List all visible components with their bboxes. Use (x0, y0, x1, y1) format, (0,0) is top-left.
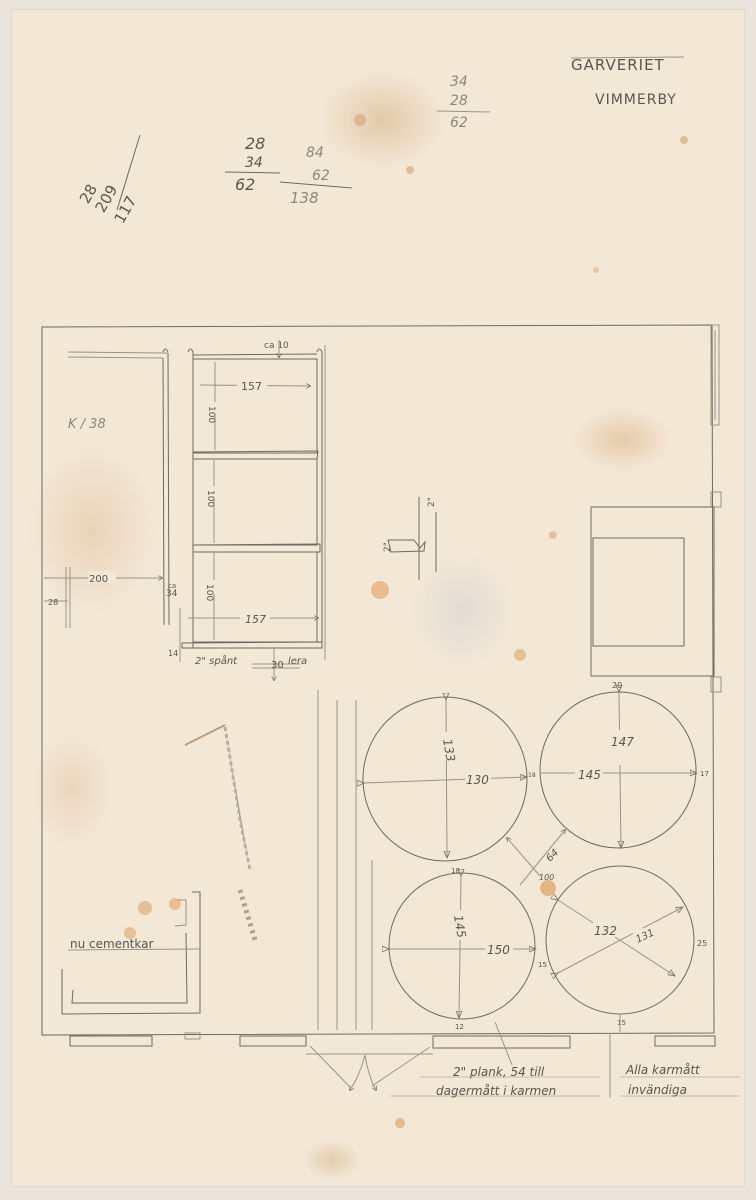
window-frame (655, 1036, 715, 1046)
vat-spacing: 64 100 (507, 830, 565, 885)
corridor-lines (318, 690, 372, 1030)
svg-text:132: 132 (594, 924, 617, 938)
frame-note-line2: invändiga (628, 1083, 687, 1097)
svg-text:28: 28 (450, 93, 468, 109)
frame-note-line1: Alla karmått (625, 1063, 701, 1077)
svg-text:34: 34 (245, 155, 263, 171)
floor-plan-drawing: GARVERIET VIMMERBY 28 209 117 28 34 62 8… (0, 0, 756, 1200)
vat-top-right: 147 145 20 17 (540, 681, 709, 848)
svg-text:34: 34 (450, 74, 468, 90)
svg-text:18: 18 (528, 772, 536, 779)
vat-bottom-right: 132 131 25 15 (546, 866, 707, 1032)
svg-text:130: 130 (466, 773, 489, 787)
faint-calculation: 34 28 62 (437, 74, 490, 131)
base-note: 2" spånt (195, 654, 238, 667)
dim-gap: 34 (166, 589, 178, 599)
title-block: GARVERIET VIMMERBY (571, 56, 684, 108)
dim-shelf-width-top: 157 (241, 380, 262, 393)
svg-text:15: 15 (617, 1019, 626, 1027)
svg-text:84: 84 (306, 145, 324, 161)
dim-shelf-width-bottom: 157 (245, 613, 266, 626)
window-frame (240, 1036, 306, 1046)
eraser-smudge (185, 725, 255, 940)
dim-floor-depth: 30 (271, 660, 284, 671)
cement-vat: nu cementkar (62, 892, 200, 1014)
partition-detail: 2" 2" (383, 497, 437, 580)
dim-wall: 28 (48, 598, 58, 607)
svg-text:12: 12 (455, 1023, 464, 1031)
window-frame (70, 1036, 152, 1046)
svg-text:150: 150 (487, 943, 510, 957)
vat-top-left: 133 130 18 18 (363, 697, 536, 875)
svg-text:17: 17 (700, 770, 709, 778)
svg-text:100: 100 (539, 873, 554, 882)
title-line-2: VIMMERBY (595, 92, 677, 108)
paper-stains (124, 114, 688, 1128)
title-line-1: GARVERIET (571, 56, 665, 74)
svg-text:100: 100 (204, 584, 214, 601)
plank-note-line2: dagermått i karmen (436, 1084, 556, 1098)
svg-text:147: 147 (611, 735, 634, 749)
svg-text:64: 64 (544, 847, 561, 864)
middle-calculation: 28 34 62 84 62 138 (225, 134, 352, 207)
svg-text:100: 100 (206, 406, 216, 423)
svg-text:138: 138 (290, 189, 319, 207)
margin-calculations: 28 209 117 28 34 62 84 62 138 34 28 62 (76, 74, 490, 227)
left-room-note: K / 38 (68, 417, 106, 432)
svg-text:100: 100 (205, 490, 215, 507)
plank-note-line1: 2" plank, 54 till (453, 1065, 545, 1079)
svg-text:28: 28 (245, 134, 265, 153)
floor-note: lera (288, 656, 307, 667)
svg-text:62: 62 (235, 175, 255, 194)
svg-text:2": 2" (383, 542, 393, 552)
cement-vat-label: nu cementkar (70, 937, 153, 951)
hatched-hearth (591, 507, 714, 676)
svg-text:20: 20 (612, 681, 622, 690)
svg-text:145: 145 (578, 768, 601, 782)
dim-top-clearance: ca 10 (264, 341, 289, 351)
left-room: K / 38 200 28 ca 34 (44, 349, 178, 628)
svg-text:62: 62 (450, 115, 468, 131)
svg-text:62: 62 (312, 168, 330, 184)
dim-base-height: 14 (168, 649, 178, 658)
rotated-calculation: 28 209 117 (76, 173, 141, 227)
dim-span: 200 (89, 574, 108, 585)
vat-bottom-left: 145 150 15 12 (389, 873, 547, 1031)
svg-text:25: 25 (697, 939, 707, 948)
svg-text:2": 2" (427, 497, 437, 507)
shelf-unit: ca 10 157 100 100 100 157 14 2" spånt 30… (168, 340, 325, 680)
svg-text:15: 15 (538, 961, 547, 969)
